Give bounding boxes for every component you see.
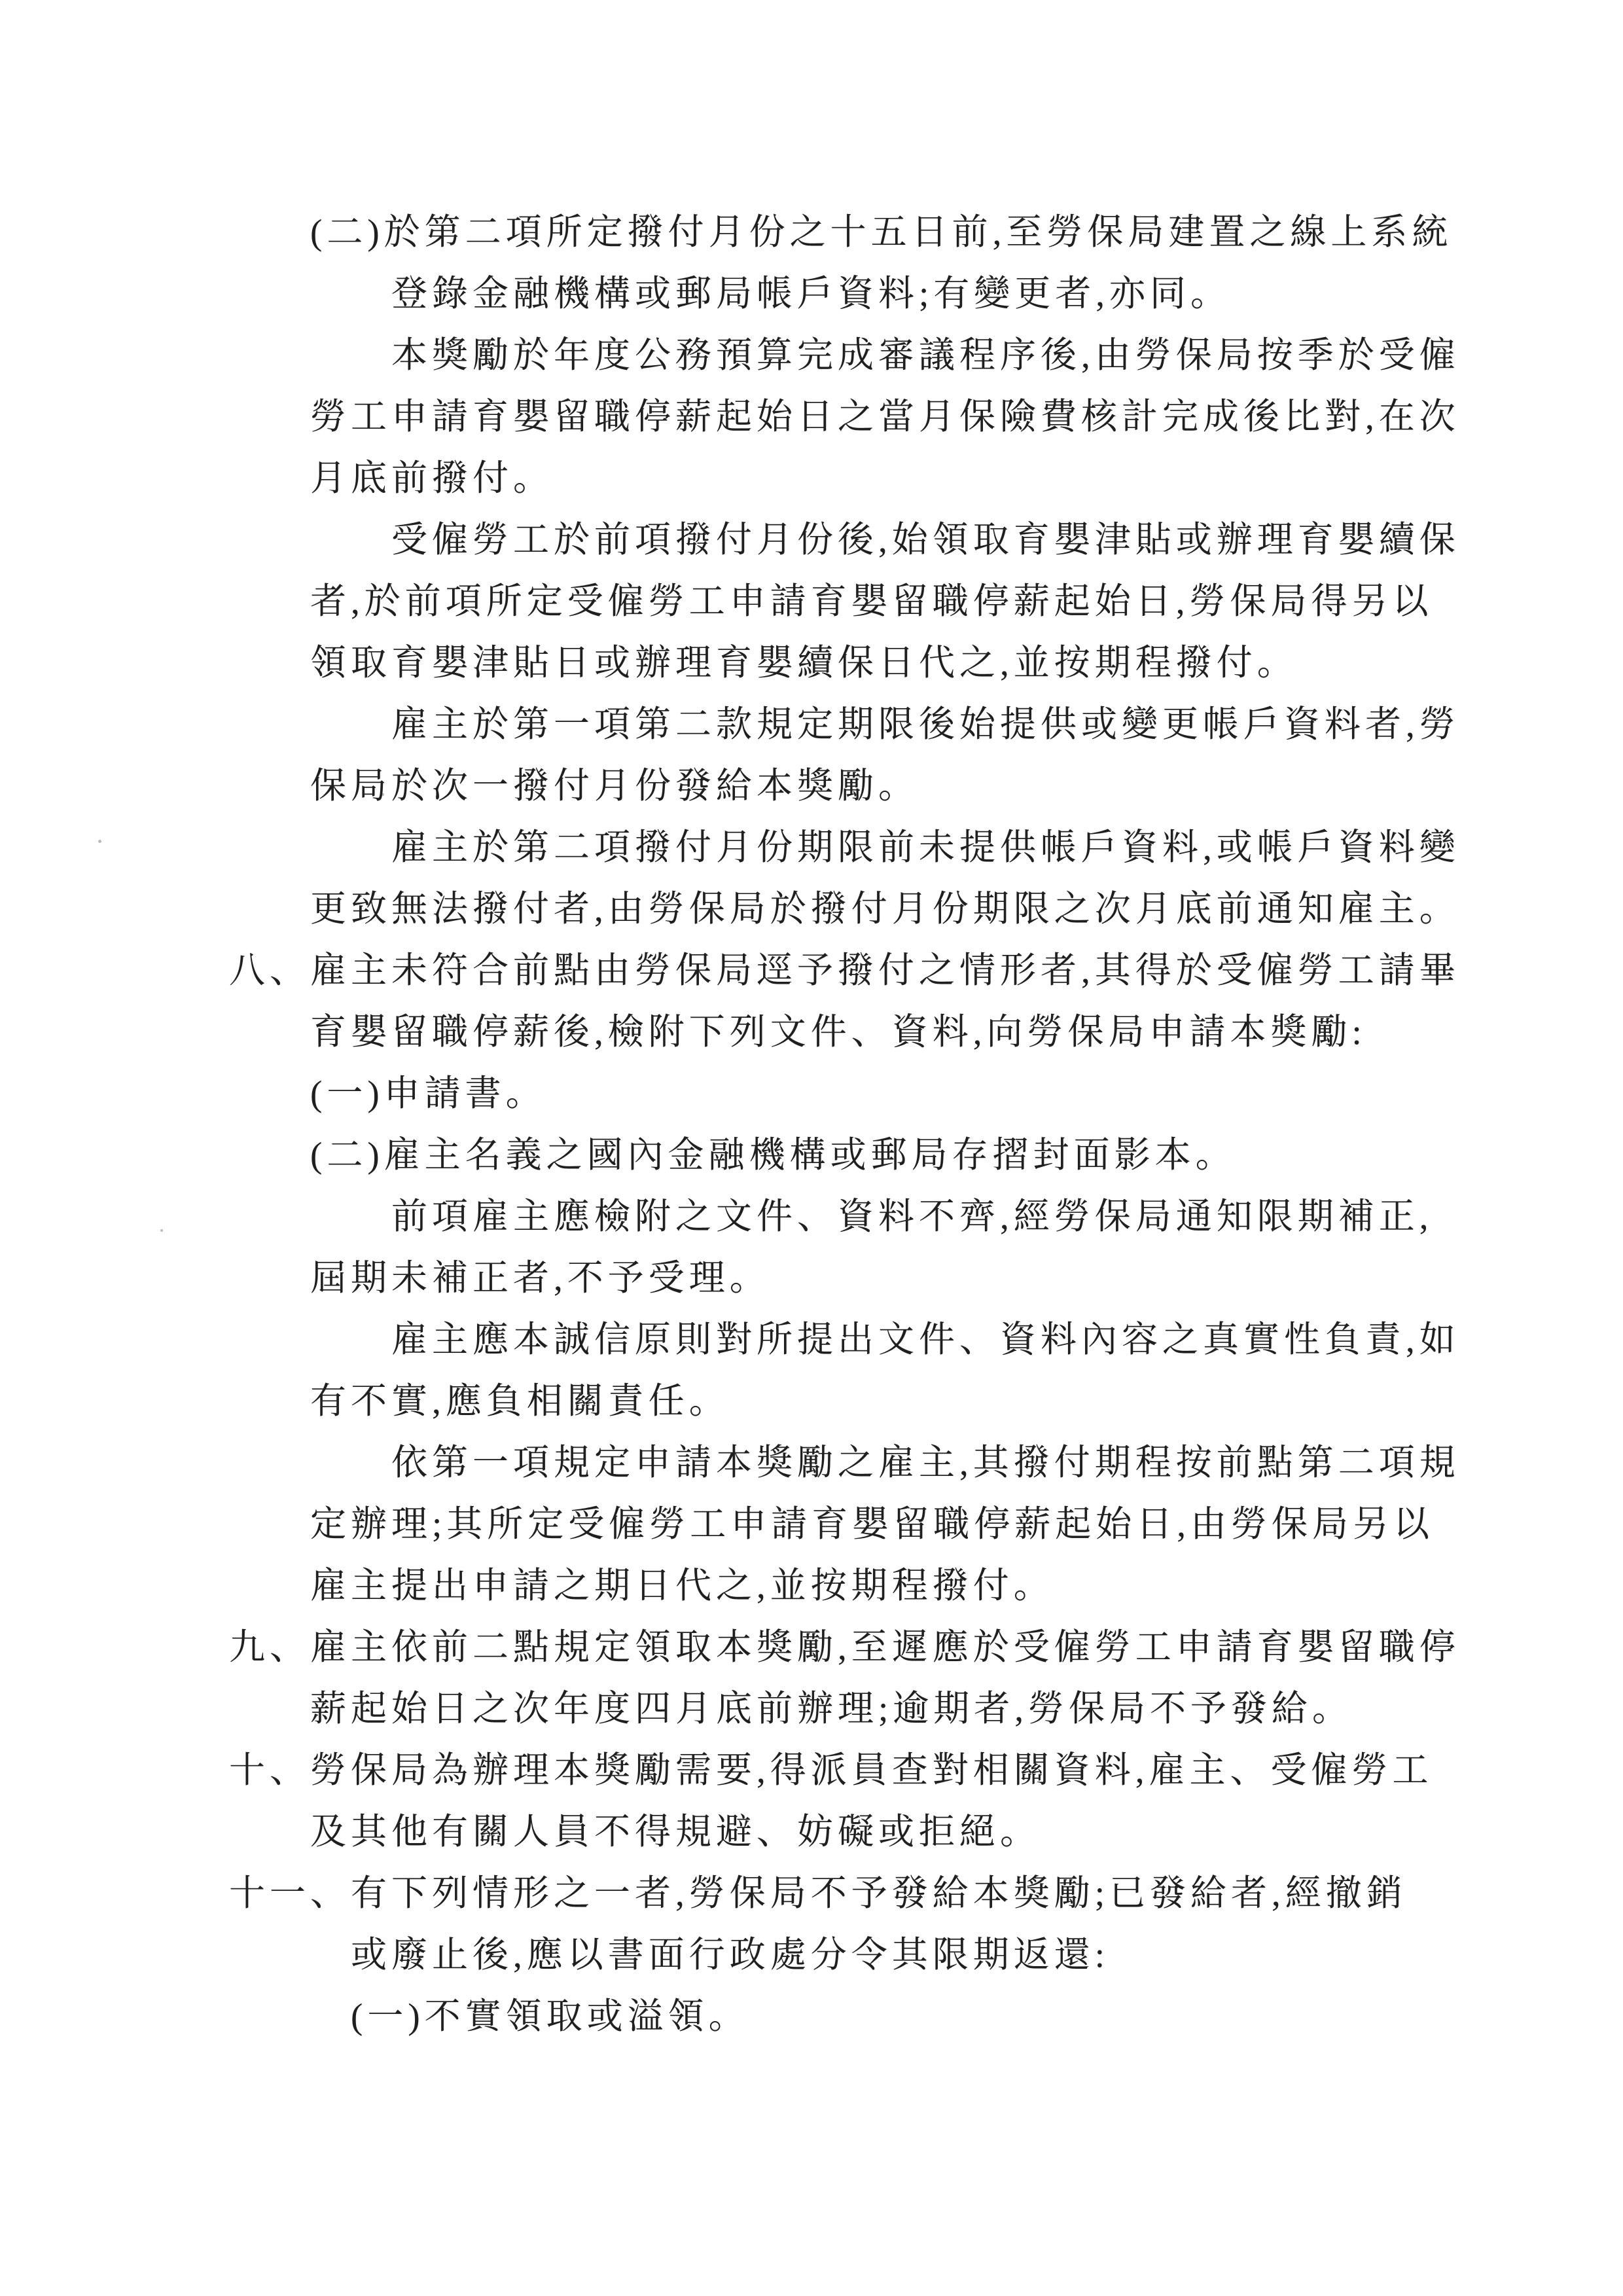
text-line: 保局於次一撥付月份發給本獎勵。 bbox=[310, 755, 1525, 817]
text-line: 雇主於第一項第二款規定期限後始提供或變更帳戶資料者,勞 bbox=[391, 694, 1525, 755]
text-line: 定辦理;其所定受僱勞工申請育嬰留職停薪起始日,由勞保局另以 bbox=[310, 1494, 1525, 1555]
text-line: 勞工申請育嬰留職停薪起始日之當月保險費核計完成後比對,在次 bbox=[310, 386, 1525, 448]
text-line: 十、勞保局為辦理本獎勵需要,得派員查對相關資料,雇主、受僱勞工 bbox=[229, 1740, 1525, 1801]
scan-speck bbox=[160, 1229, 163, 1232]
text-line: 有不實,應負相關責任。 bbox=[310, 1371, 1525, 1432]
document-text-block: (二)於第二項所定撥付月份之十五日前,至勞保局建置之線上系統登錄金融機構或郵局帳… bbox=[229, 202, 1525, 2047]
scan-speck bbox=[98, 840, 101, 843]
text-line: 十一、有下列情形之一者,勞保局不予發給本獎勵;已發給者,經撤銷 bbox=[229, 1863, 1525, 1924]
text-line: 依第一項規定申請本獎勵之雇主,其撥付期程按前點第二項規 bbox=[391, 1432, 1525, 1494]
text-line: 前項雇主應檢附之文件、資料不齊,經勞保局通知限期補正, bbox=[391, 1186, 1525, 1247]
text-line: (一)申請書。 bbox=[310, 1063, 1525, 1124]
scanned-document-page: (二)於第二項所定撥付月份之十五日前,至勞保局建置之線上系統登錄金融機構或郵局帳… bbox=[0, 0, 1623, 2296]
text-line: 登錄金融機構或郵局帳戶資料;有變更者,亦同。 bbox=[391, 263, 1525, 325]
text-line: 雇主於第二項撥付月份期限前未提供帳戶資料,或帳戶資料變 bbox=[391, 817, 1525, 878]
text-line: 本獎勵於年度公務預算完成審議程序後,由勞保局按季於受僱 bbox=[391, 325, 1525, 386]
text-line: 或廢止後,應以書面行政處分令其限期返還: bbox=[351, 1924, 1525, 1986]
text-line: 更致無法撥付者,由勞保局於撥付月份期限之次月底前通知雇主。 bbox=[310, 878, 1525, 940]
text-line: 及其他有關人員不得規避、妨礙或拒絕。 bbox=[310, 1801, 1525, 1863]
text-line: 薪起始日之次年度四月底前辦理;逾期者,勞保局不予發給。 bbox=[310, 1678, 1525, 1740]
scan-speck bbox=[382, 793, 384, 796]
text-line: 月底前撥付。 bbox=[310, 448, 1525, 509]
text-line: 九、雇主依前二點規定領取本獎勵,至遲應於受僱勞工申請育嬰留職停 bbox=[229, 1617, 1525, 1678]
text-line: (二)於第二項所定撥付月份之十五日前,至勞保局建置之線上系統 bbox=[310, 202, 1525, 263]
text-line: 雇主應本誠信原則對所提出文件、資料內容之真實性負責,如 bbox=[391, 1309, 1525, 1371]
text-line: (一)不實領取或溢領。 bbox=[351, 1986, 1525, 2047]
text-line: 受僱勞工於前項撥付月份後,始領取育嬰津貼或辦理育嬰續保 bbox=[391, 509, 1525, 571]
text-line: 領取育嬰津貼日或辦理育嬰續保日代之,並按期程撥付。 bbox=[310, 632, 1525, 694]
text-line: 八、雇主未符合前點由勞保局逕予撥付之情形者,其得於受僱勞工請畢 bbox=[229, 940, 1525, 1001]
text-line: (二)雇主名義之國內金融機構或郵局存摺封面影本。 bbox=[310, 1124, 1525, 1186]
text-line: 屆期未補正者,不予受理。 bbox=[310, 1247, 1525, 1309]
text-line: 雇主提出申請之期日代之,並按期程撥付。 bbox=[310, 1555, 1525, 1617]
text-line: 育嬰留職停薪後,檢附下列文件、資料,向勞保局申請本獎勵: bbox=[310, 1001, 1525, 1063]
text-line: 者,於前項所定受僱勞工申請育嬰留職停薪起始日,勞保局得另以 bbox=[310, 571, 1525, 632]
